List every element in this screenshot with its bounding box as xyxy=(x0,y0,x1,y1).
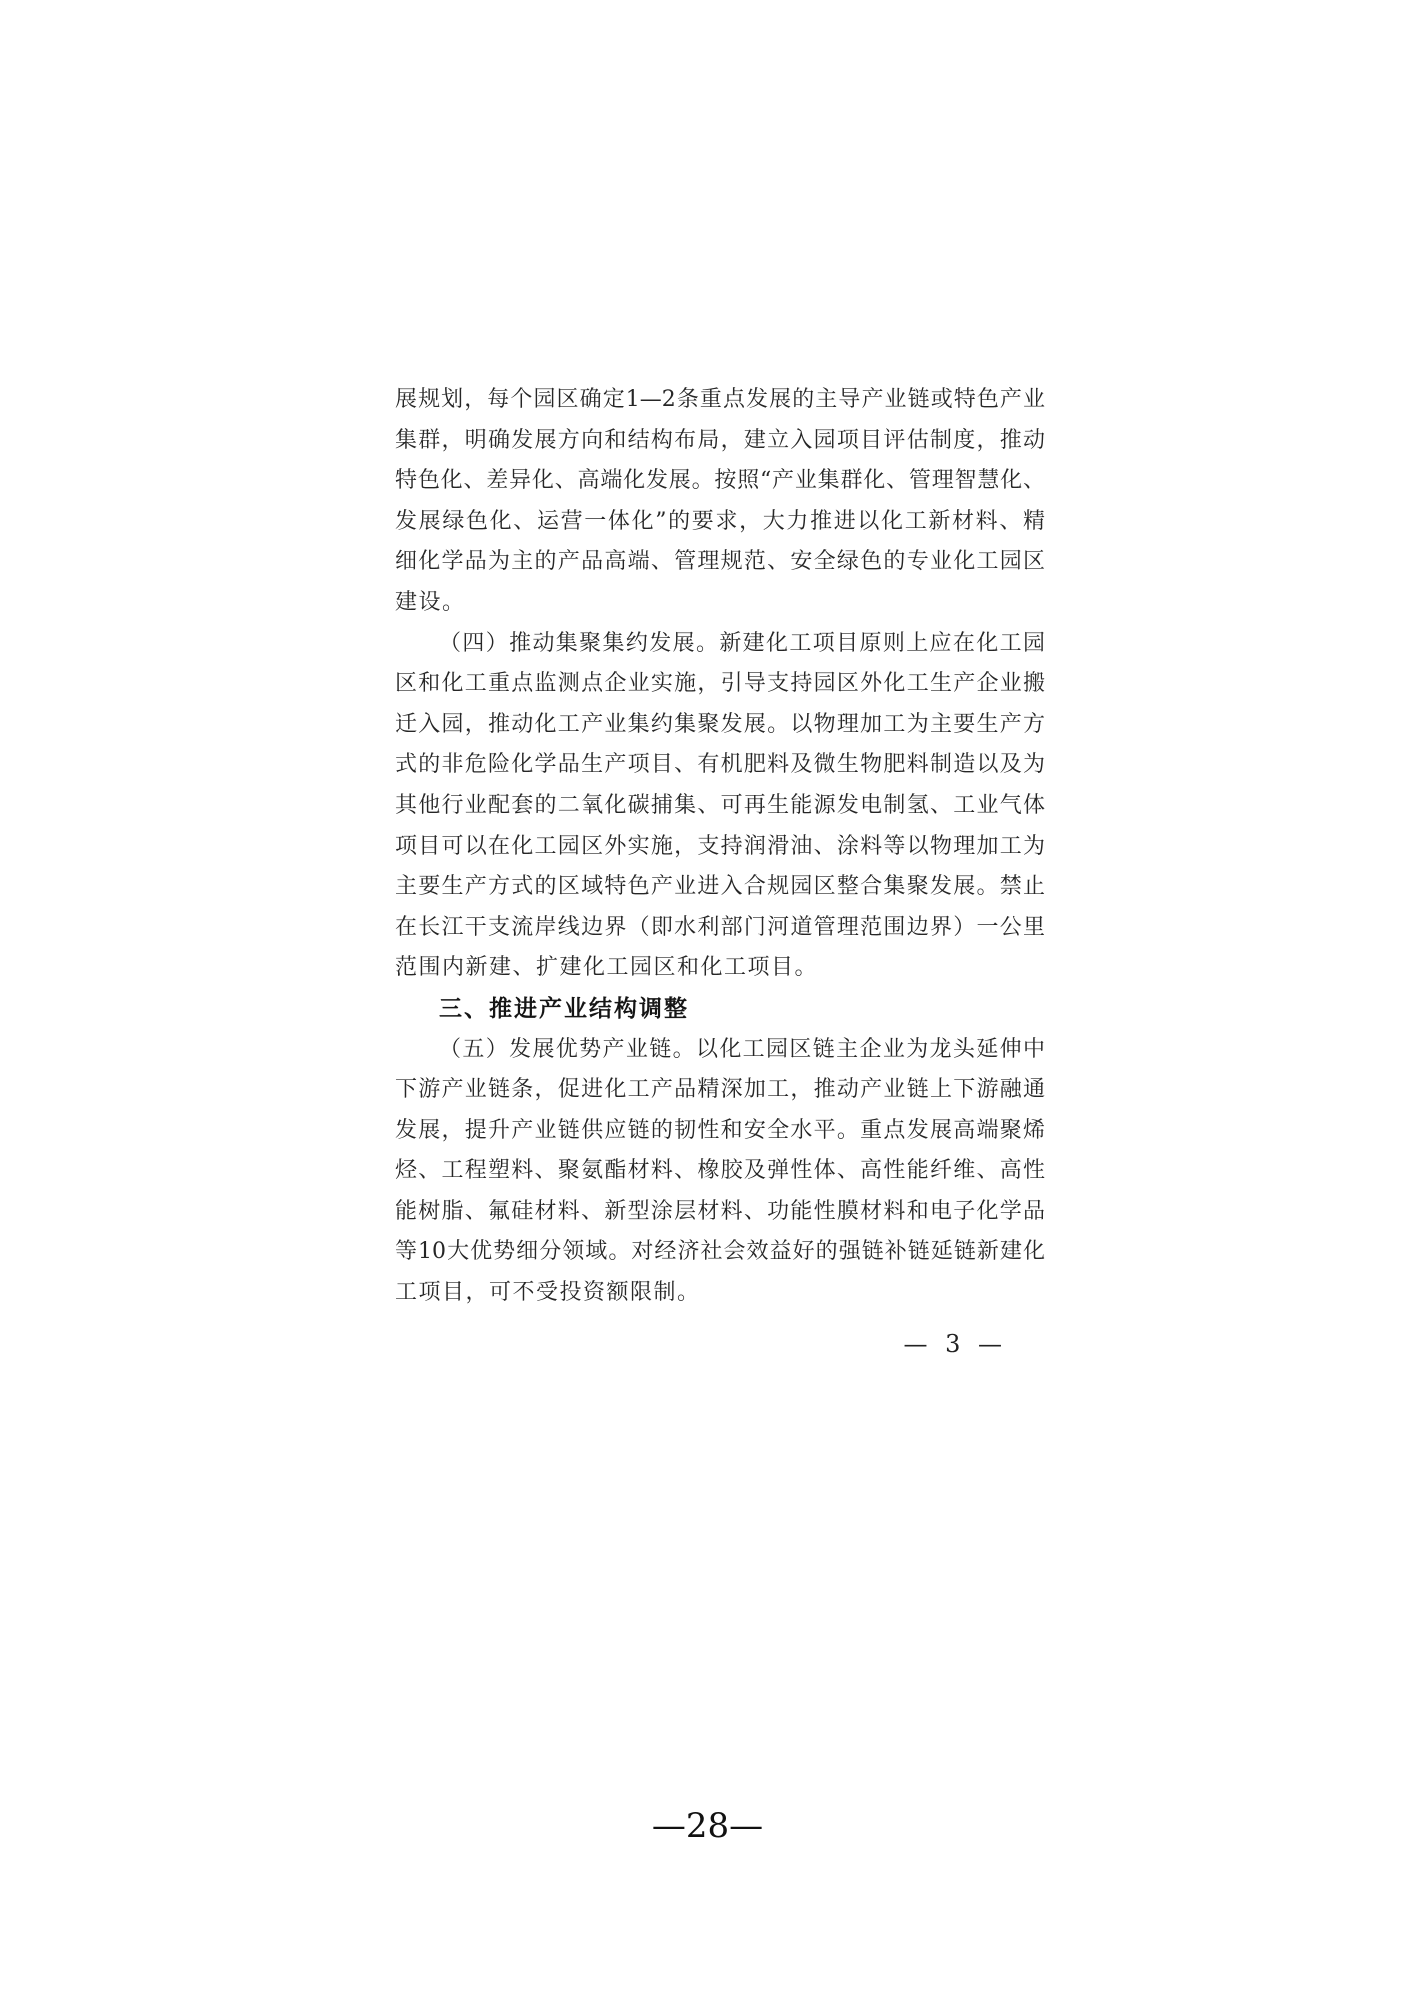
text-block: 展规划，每个园区确定1—2条重点发展的主导产业链或特色产业集群，明确发展方向和结… xyxy=(395,380,1045,1314)
text-line: 发展绿色化、运营一体化”的要求，大力推进以化工新材料、精 xyxy=(395,502,1045,543)
text-line: （五）发展优势产业链。以化工园区链主企业为龙头延伸中 xyxy=(395,1030,1045,1071)
text-line: 能树脂、氟硅材料、新型涂层材料、功能性膜材料和电子化学品 xyxy=(395,1192,1045,1233)
section-heading: 三、推进产业结构调整 xyxy=(395,989,1045,1030)
text-line: 展规划，每个园区确定1—2条重点发展的主导产业链或特色产业 xyxy=(395,380,1045,421)
text-line: 工项目，可不受投资额限制。 xyxy=(395,1273,1045,1314)
text-line: 范围内新建、扩建化工园区和化工项目。 xyxy=(395,948,1045,989)
page: { "page": { "background": "#ffffff", "te… xyxy=(0,0,1415,2000)
text-line: 项目可以在化工园区外实施，支持润滑油、涂料等以物理加工为 xyxy=(395,827,1045,868)
text-line: 发展，提升产业链供应链的韧性和安全水平。重点发展高端聚烯 xyxy=(395,1111,1045,1152)
text-line: 迁入园，推动化工产业集约集聚发展。以物理加工为主要生产方 xyxy=(395,705,1045,746)
text-line: 建设。 xyxy=(395,583,1045,624)
text-line: 特色化、差异化、高端化发展。按照“产业集群化、管理智慧化、 xyxy=(395,461,1045,502)
text-line: 在长江干支流岸线边界（即水利部门河道管理范围边界）一公里 xyxy=(395,908,1045,949)
text-line: 区和化工重点监测点企业实施，引导支持园区外化工生产企业搬 xyxy=(395,664,1045,705)
text-line: 烃、工程塑料、聚氨酯材料、橡胶及弹性体、高性能纤维、高性 xyxy=(395,1151,1045,1192)
text-line: 主要生产方式的区域特色产业进入合规园区整合集聚发展。禁止 xyxy=(395,867,1045,908)
text-line: 集群，明确发展方向和结构布局，建立入园项目评估制度，推动 xyxy=(395,421,1045,462)
document-page: 展规划，每个园区确定1—2条重点发展的主导产业链或特色产业集群，明确发展方向和结… xyxy=(0,0,1415,2000)
page-number-inner: — 3 — xyxy=(395,1330,1007,1358)
text-line: 其他行业配套的二氧化碳捕集、可再生能源发电制氢、工业气体 xyxy=(395,786,1045,827)
text-line: 下游产业链条，促进化工产品精深加工，推动产业链上下游融通 xyxy=(395,1070,1045,1111)
text-line: 等10大优势细分领域。对经济社会效益好的强链补链延链新建化 xyxy=(395,1232,1045,1273)
text-line: 式的非危险化学品生产项目、有机肥料及微生物肥料制造以及为 xyxy=(395,745,1045,786)
text-line: （四）推动集聚集约发展。新建化工项目原则上应在化工园 xyxy=(395,624,1045,665)
page-number-footer: —28— xyxy=(0,1806,1415,1846)
text-line: 细化学品为主的产品高端、管理规范、安全绿色的专业化工园区 xyxy=(395,542,1045,583)
